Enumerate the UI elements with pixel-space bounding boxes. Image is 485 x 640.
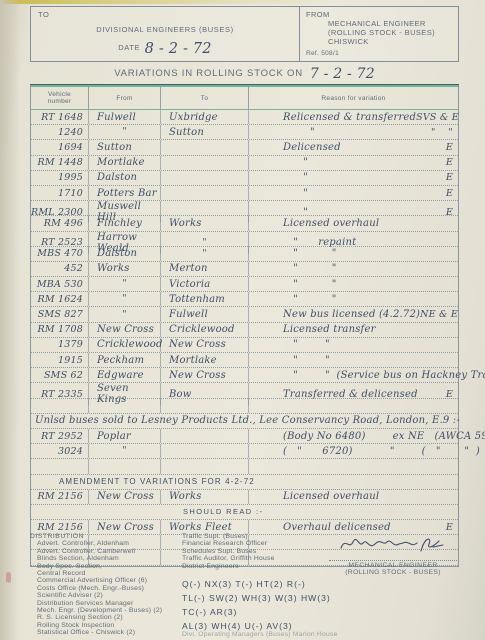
distribution-right-list: Traffic Supt. (Buses)Financial Research …: [182, 533, 322, 570]
to-value: DIVISIONAL ENGINEERS (BUSES): [31, 25, 299, 34]
table-row: RM 496FinchleyWorksLicensed overhaul: [31, 216, 458, 231]
reason-text: " ": [249, 279, 337, 290]
vehicle-cell: MBA 530: [31, 277, 89, 291]
from-line: CHISWICK: [328, 37, 452, 46]
table-row: 1995Dalston "E: [31, 171, 458, 186]
reason-cell: Relicensed & transferredSVS & E: [249, 110, 464, 124]
sold-note: Unlsd buses sold to Lesney Products Ltd.…: [31, 414, 458, 428]
from-cell: ": [89, 277, 161, 291]
amendment-heading: AMENDMENT TO VARIATIONS FOR 4-2-72: [31, 475, 458, 489]
vehicle-cell: [31, 459, 89, 473]
to-cell: Victoria: [161, 277, 249, 291]
reason-text: Delicensed: [249, 142, 341, 153]
allocation-note: E: [446, 522, 458, 533]
vehicle-cell: RM 1624: [31, 292, 89, 306]
reason-text: ": [249, 172, 308, 183]
from-cell: Potters Bar: [89, 186, 161, 200]
scan-edge-left: [0, 0, 20, 640]
header-address-box: TO DIVISIONAL ENGINEERS (BUSES) DATE 8 -…: [30, 6, 459, 62]
reason-text: ": [249, 188, 308, 199]
vehicle-cell: 452: [31, 262, 89, 276]
to-cell: Cricklewood: [161, 323, 249, 337]
to-cell: ": [161, 247, 249, 261]
distribution-item: R. S. Licensing Section (2): [30, 614, 180, 621]
reason-text: " ": [249, 263, 337, 274]
table-row: RT 2952Poplar(Body No 6480) ex NE (AWCA …: [31, 429, 458, 444]
from-cell: Sutton: [89, 140, 161, 154]
distribution-title: DISTRIBUTION: [30, 533, 180, 540]
from-cell: Edgware: [89, 368, 161, 382]
reason-text: Licensed overhaul: [249, 491, 379, 502]
to-cell: Works: [161, 490, 249, 504]
reason-cell: " " (Service bus on Hackney Trams)NE&E: [249, 368, 485, 382]
reason-cell: " ": [249, 338, 458, 352]
from-cell: [89, 459, 161, 473]
from-cell: Dalston: [89, 171, 161, 185]
table-row: AMENDMENT TO VARIATIONS FOR 4-2-72: [31, 475, 458, 490]
from-cell: New Cross: [89, 490, 161, 504]
from-cell: Poplar: [89, 429, 161, 443]
from-cell: Mortlake: [89, 156, 161, 170]
table-row: 3024"( " 6720) " ( " " ): [31, 444, 458, 459]
vehicle-cell: RM 2156: [31, 490, 89, 504]
date-row: DATE 8 - 2 - 72: [31, 40, 299, 58]
vehicle-cell: 1995: [31, 171, 89, 185]
garage-code-line: TL(-) SW(2) WH(3) W(3) HW(3): [182, 591, 382, 605]
table-row: RM 1448Mortlake "E: [31, 156, 458, 171]
to-cell: [161, 459, 249, 473]
allocation-note: " ": [431, 127, 458, 138]
from-cell: ": [89, 292, 161, 306]
to-cell: Uxbridge: [161, 110, 249, 124]
reason-text: ": [249, 127, 315, 138]
reason-cell: [249, 399, 458, 413]
reason-cell: (Body No 6480) ex NE (AWCA 599/862): [249, 429, 485, 443]
reason-cell: "E: [249, 171, 458, 185]
from-cell: Fulwell: [89, 110, 161, 124]
table-row: SHOULD READ :-: [31, 505, 458, 520]
cutoff-line: Divl. Operating Managers (Buses) Marion …: [182, 631, 402, 638]
vehicle-cell: 1379: [31, 338, 89, 352]
signature-scrawl: [329, 533, 457, 561]
to-cell: [161, 444, 249, 458]
allocation-note: NE & E: [420, 309, 463, 320]
reason-cell: [249, 459, 458, 473]
vehicle-cell: RM 1448: [31, 156, 89, 170]
variations-table: Vehicle number From To Reason for variat…: [30, 85, 459, 567]
column-header-from: From: [89, 87, 161, 109]
vehicle-cell: RT 1648: [31, 110, 89, 124]
reason-cell: ( " 6720) " ( " " ): [249, 444, 485, 458]
table-row: 1710Potters Bar "E: [31, 186, 458, 201]
from-cell: FROM MECHANICAL ENGINEER (ROLLING STOCK …: [299, 7, 458, 61]
from-line: (ROLLING STOCK - BUSES): [328, 28, 452, 37]
to-cell: Fulwell: [161, 307, 249, 321]
reason-text: (Body No 6480) ex NE (AWCA 599/862): [249, 431, 485, 442]
reason-cell: "" ": [249, 125, 458, 139]
to-cell: New Cross: [161, 368, 249, 382]
reason-cell: "E: [249, 186, 458, 200]
reason-text: New bus licensed (4.2.72): [249, 309, 420, 320]
table-row: SMS 827"FulwellNew bus licensed (4.2.72)…: [31, 307, 458, 322]
title-date-handwritten: 7 - 2 - 72: [310, 66, 375, 82]
from-cell: ": [89, 125, 161, 139]
to-cell: [161, 429, 249, 443]
table-row: 1915PeckhamMortlake " ": [31, 353, 458, 368]
reason-cell: " ": [249, 262, 458, 276]
table-row: 1694SuttonDelicensedE: [31, 140, 458, 155]
distribution-item: District Engineers: [182, 563, 322, 570]
from-line: MECHANICAL ENGINEER: [328, 19, 452, 28]
vehicle-cell: 1694: [31, 140, 89, 154]
reason-text: ": [249, 157, 308, 168]
vehicle-cell: RT 2952: [31, 429, 89, 443]
reason-text: " ": [249, 294, 337, 305]
distribution-item: Scientific Adviser (2): [30, 592, 180, 599]
table-row: RM 2156New CrossWorksLicensed overhaul: [31, 490, 458, 505]
reason-text: " " (Service bus on Hackney Trams): [249, 370, 485, 381]
table-body: RT 1648FulwellUxbridgeRelicensed & trans…: [31, 110, 458, 566]
table-row: RT 1648FulwellUxbridgeRelicensed & trans…: [31, 110, 458, 125]
distribution-item: Rolling Stock Inspection: [30, 622, 180, 629]
from-cell: Peckham: [89, 353, 161, 367]
reason-cell: New bus licensed (4.2.72)NE & E: [249, 307, 463, 321]
vehicle-cell: 1240: [31, 125, 89, 139]
garage-code-line: Q(-) NX(3) T(-) HT(2) R(-): [182, 577, 382, 591]
table-row: [31, 399, 458, 414]
table-row: 452WorksMerton " ": [31, 262, 458, 277]
vehicle-cell: SMS 62: [31, 368, 89, 382]
should-read-line: SHOULD READ :-: [31, 505, 458, 519]
scan-edge-top: [0, 0, 340, 4]
reason-text: ( " 6720) " ( " " ): [249, 446, 480, 457]
reason-cell: "E: [249, 156, 458, 170]
distribution-item: Statistical Office - Chiswick (2): [30, 629, 180, 636]
page-title: VARIATIONS IN ROLLING STOCK ON: [114, 68, 303, 79]
reason-cell: " ": [249, 247, 458, 261]
distribution-item: Financial Research Officer: [182, 540, 322, 547]
to-cell: Merton: [161, 262, 249, 276]
table-header-row: Vehicle number From To Reason for variat…: [31, 85, 458, 110]
table-row: Unlsd buses sold to Lesney Products Ltd.…: [31, 414, 458, 429]
distribution-item: Advert. Controller, Camberwell: [30, 548, 180, 555]
reason-text: " ": [249, 355, 330, 366]
reason-cell: DelicensedE: [249, 140, 458, 154]
table-row: MBA 530"Victoria " ": [31, 277, 458, 292]
table-row: [31, 459, 458, 474]
table-row: MBS 470Dalston" " ": [31, 247, 458, 262]
distribution-item: Traffic Auditor, Griffith House: [182, 555, 322, 562]
allocation-note: E: [446, 157, 458, 168]
distribution-item: Distribution Services Manager: [30, 600, 180, 607]
table-row: RM 1624"Tottenham " ": [31, 292, 458, 307]
distribution-left-list: DISTRIBUTION Advert. Controller, Aldenha…: [30, 533, 180, 637]
table-row: RM 1708New CrossCricklewoodLicensed tran…: [31, 323, 458, 338]
vehicle-cell: MBS 470: [31, 247, 89, 261]
vehicle-cell: 3024: [31, 444, 89, 458]
distribution-item: Advert. Controller, Aldenham: [30, 540, 180, 547]
garage-code-line: TC(-) AR(3): [182, 605, 382, 619]
reason-text: " ": [249, 248, 337, 259]
reason-cell: Licensed overhaul: [249, 490, 458, 504]
reason-cell: " ": [249, 353, 458, 367]
to-cell: Mortlake: [161, 353, 249, 367]
distribution-item: Mech. Engr. (Development - Buses) (2): [30, 607, 180, 614]
distribution-item: Traffic Supt. (Buses): [182, 533, 322, 540]
reason-text: Relicensed & transferred: [249, 112, 416, 123]
column-header-reason: Reason for variation: [249, 87, 458, 109]
to-cell: [161, 186, 249, 200]
from-cell: Dalston: [89, 247, 161, 261]
vehicle-cell: [31, 399, 89, 413]
to-label: TO: [38, 10, 49, 19]
column-header-to: To: [161, 87, 249, 109]
table-row: 1379CricklewoodNew Cross " ": [31, 338, 458, 353]
allocation-note: SVS & E: [416, 112, 464, 123]
scan-artifact: [6, 572, 11, 583]
allocation-note: E: [446, 142, 458, 153]
to-cell: New Cross: [161, 338, 249, 352]
table-row: RT 2523Harrow Weald" " repaint: [31, 232, 458, 247]
reason-cell: " ": [249, 277, 458, 291]
to-cell: [161, 399, 249, 413]
reason-text: " ": [249, 339, 330, 350]
distribution-item: Commercial Advertising Officer (6): [30, 577, 180, 584]
table-row: RT 2335Seven KingsBowTransferred & delic…: [31, 383, 458, 398]
table-row: 1240"Sutton "" ": [31, 125, 458, 140]
table-row: RML 2300Muswell Hill "E: [31, 201, 458, 216]
reason-text: Overhaul delicensed: [249, 522, 391, 533]
to-cell: TO DIVISIONAL ENGINEERS (BUSES) DATE 8 -…: [31, 7, 299, 61]
reason-text: Licensed overhaul: [249, 218, 379, 229]
reason-text: Licensed transfer: [249, 324, 376, 335]
distribution-item: Costs Office (Mech. Engr.-Buses): [30, 585, 180, 592]
to-cell: Tottenham: [161, 292, 249, 306]
scanned-memo-page: TO DIVISIONAL ENGINEERS (BUSES) DATE 8 -…: [0, 0, 485, 640]
from-cell: [89, 399, 161, 413]
distribution-item: Central Record: [30, 570, 180, 577]
allocation-note: E: [446, 188, 458, 199]
column-header-vehicle: Vehicle number: [31, 87, 89, 109]
from-label: FROM: [306, 10, 452, 19]
to-cell: [161, 171, 249, 185]
codes-list: Q(-) NX(3) T(-) HT(2) R(-)TL(-) SW(2) WH…: [182, 577, 382, 633]
from-cell: New Cross: [89, 323, 161, 337]
to-cell: [161, 140, 249, 154]
reason-cell: Licensed transfer: [249, 323, 458, 337]
date-label: DATE: [118, 43, 140, 52]
allocation-note: E: [446, 172, 458, 183]
reason-cell: Licensed overhaul: [249, 216, 458, 230]
distribution-item: Blinds Section, Aldenham: [30, 555, 180, 562]
vehicle-cell: 1915: [31, 353, 89, 367]
vehicle-cell: RM 496: [31, 216, 89, 230]
reason-cell: " ": [249, 292, 458, 306]
from-cell: Finchley: [89, 216, 161, 230]
distribution-item: Schedules Supt. Buses: [182, 548, 322, 555]
signature-subtitle: (ROLLING STOCK - BUSES): [329, 569, 457, 576]
from-cell: ": [89, 307, 161, 321]
date-value-handwritten: 8 - 2 - 72: [145, 41, 212, 57]
signature-title: MECHANICAL ENGINEER: [329, 562, 457, 569]
from-cell: ": [89, 444, 161, 458]
distribution-item: Body Spec. Section,: [30, 563, 180, 570]
vehicle-cell: 1710: [31, 186, 89, 200]
to-cell: [161, 156, 249, 170]
to-cell: Sutton: [161, 125, 249, 139]
table-row: SMS 62EdgwareNew Cross " " (Service bus …: [31, 368, 458, 383]
ref-number: Ref. 508/1: [306, 49, 452, 58]
from-cell: Works: [89, 262, 161, 276]
vehicle-cell: RM 1708: [31, 323, 89, 337]
to-cell: Works: [161, 216, 249, 230]
vehicle-cell: SMS 827: [31, 307, 89, 321]
document-title-row: VARIATIONS IN ROLLING STOCK ON 7 - 2 - 7…: [30, 63, 459, 85]
from-cell: Cricklewood: [89, 338, 161, 352]
signature-block: MECHANICAL ENGINEER (ROLLING STOCK - BUS…: [329, 533, 457, 576]
